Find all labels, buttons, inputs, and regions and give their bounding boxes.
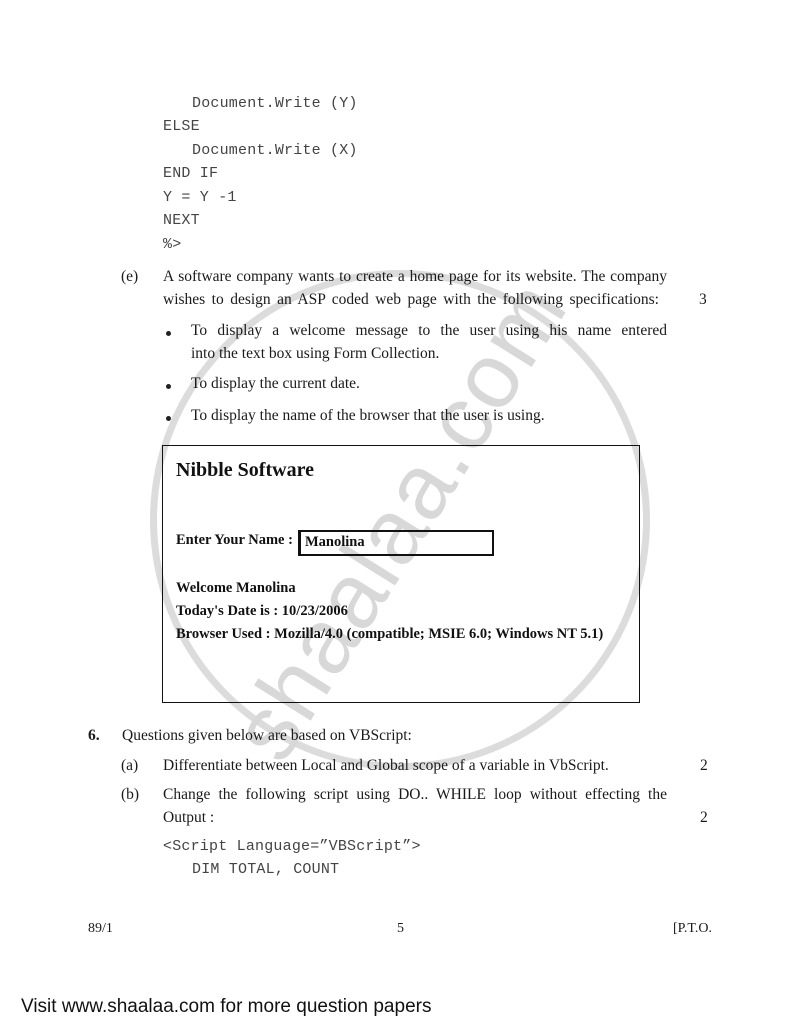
question-text: Differentiate between Local and Global s… bbox=[163, 757, 609, 775]
code-line: Document.Write (Y) bbox=[192, 95, 358, 112]
question-label: (e) bbox=[121, 268, 138, 286]
question-text: Change the following script using DO.. W… bbox=[163, 786, 667, 804]
pto-label: [P.T.O. bbox=[673, 921, 712, 937]
code-line: Document.Write (X) bbox=[192, 142, 358, 159]
question-number: 6. bbox=[88, 727, 100, 745]
question-marks: 3 bbox=[699, 291, 707, 309]
question-label: (b) bbox=[121, 786, 139, 804]
bullet-text: into the text box using Form Collection. bbox=[191, 345, 439, 363]
bullet-text: To display a welcome message to the user… bbox=[191, 322, 667, 340]
bullet-text: To display the name of the browser that … bbox=[191, 407, 545, 425]
question-marks: 2 bbox=[700, 809, 708, 827]
name-label: Enter Your Name : bbox=[176, 532, 293, 549]
question-text: A software company wants to create a hom… bbox=[163, 268, 667, 286]
name-input: Manolina bbox=[298, 530, 494, 556]
promo-link[interactable]: Visit www.shaalaa.com for more question … bbox=[21, 996, 431, 1018]
code-line: NEXT bbox=[163, 212, 200, 229]
date-text: Today's Date is : 10/23/2006 bbox=[176, 603, 348, 620]
bullet-icon bbox=[166, 416, 171, 421]
question-text: wishes to design an ASP coded web page w… bbox=[163, 291, 659, 309]
bullet-icon bbox=[166, 384, 171, 389]
page-number: 5 bbox=[397, 921, 404, 937]
code-line: ELSE bbox=[163, 118, 200, 135]
browser-text: Browser Used : Mozilla/4.0 (compatible; … bbox=[176, 626, 603, 643]
code-line: <Script Language=”VBScript”> bbox=[163, 838, 421, 855]
web-page-figure: Nibble Software Enter Your Name : Manoli… bbox=[162, 445, 640, 703]
code-line: Y = Y -1 bbox=[163, 189, 237, 206]
paper-code: 89/1 bbox=[88, 921, 113, 937]
code-line: %> bbox=[163, 236, 181, 253]
question-intro: Questions given below are based on VBScr… bbox=[122, 727, 412, 745]
question-text: Output : bbox=[163, 809, 214, 827]
code-line: END IF bbox=[163, 165, 218, 182]
figure-title: Nibble Software bbox=[176, 459, 314, 482]
bullet-text: To display the current date. bbox=[191, 375, 360, 393]
welcome-text: Welcome Manolina bbox=[176, 580, 296, 597]
question-marks: 2 bbox=[700, 757, 708, 775]
question-label: (a) bbox=[121, 757, 138, 775]
code-line: DIM TOTAL, COUNT bbox=[192, 861, 339, 878]
bullet-icon bbox=[166, 331, 171, 336]
